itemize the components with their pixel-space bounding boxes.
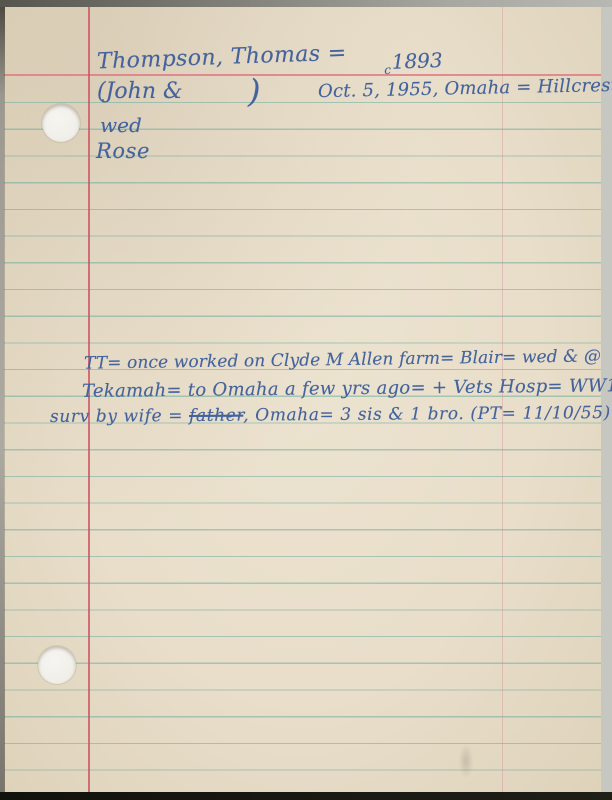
scan-edge-bottom xyxy=(0,792,612,800)
spouse-name: Rose xyxy=(96,139,150,163)
surname-heading: Thompson, Thomas = xyxy=(97,41,347,75)
ruled-lines xyxy=(4,102,601,792)
parenthesis-close: ) xyxy=(248,72,260,110)
scan-edge-left xyxy=(0,0,5,800)
punch-hole-bottom xyxy=(38,646,76,684)
notes-line-3-end: , Omaha= 3 sis & 1 bro. (PT= 11/10/55) xyxy=(243,403,611,426)
circa-mark: c xyxy=(384,63,391,77)
wed-label: wed xyxy=(100,113,142,137)
scan-edge-top xyxy=(0,0,612,7)
notes-line-3: surv by wife = father, Omaha= 3 sis & 1 … xyxy=(50,403,611,427)
notebook-page: Thompson, Thomas = c1893 (John & ) Oct. … xyxy=(4,6,601,794)
paper-smudge xyxy=(459,744,473,778)
scanned-document: Thompson, Thomas = c1893 (John & ) Oct. … xyxy=(0,0,612,800)
struck-word: father xyxy=(189,406,243,426)
death-date-line: Oct. 5, 1955, Omaha = Hillcrest xyxy=(318,75,612,102)
punch-hole-top xyxy=(42,104,80,142)
birth-year: 1893 xyxy=(391,48,443,74)
right-margin-rule xyxy=(502,6,503,794)
birth-year-note: c1893 xyxy=(384,48,443,74)
top-margin-rule xyxy=(4,74,601,76)
parents-parenthetical: (John & xyxy=(97,79,183,104)
notes-line-3-start: surv by wife = xyxy=(50,406,189,427)
